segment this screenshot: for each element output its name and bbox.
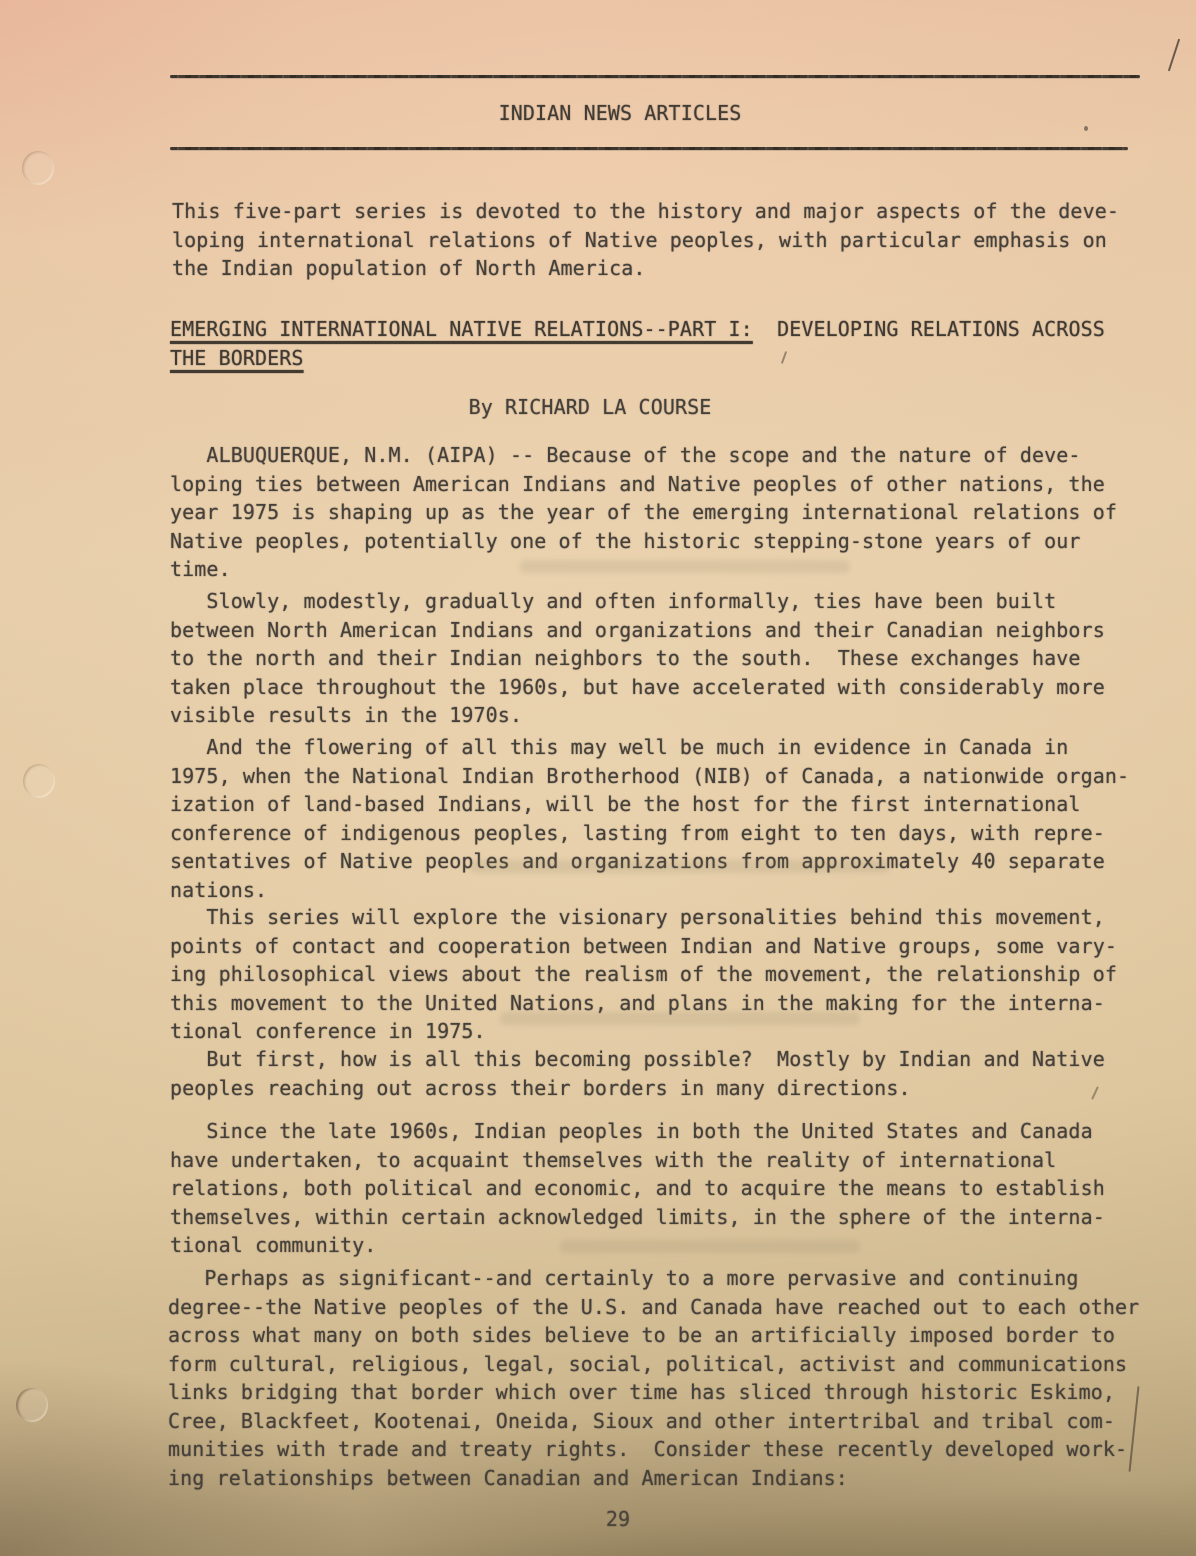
stray-hair-mark	[1168, 39, 1180, 72]
paragraph-5: But first, how is all this becoming poss…	[170, 1045, 1105, 1102]
page-number: 29	[20, 1505, 1196, 1534]
headline-second-line: THE BORDERS	[170, 346, 304, 370]
bleed-through-smudge	[560, 1240, 860, 1253]
hole-punch-mark	[16, 1388, 48, 1422]
paragraph-3: And the flowering of all this may well b…	[170, 733, 1129, 904]
hole-punch-mark	[22, 151, 54, 185]
series-intro-text: This five-part series is devoted to the …	[172, 197, 1119, 283]
stray-dot-mark	[1084, 126, 1088, 131]
bleed-through-smudge	[500, 1012, 860, 1025]
article-headline: EMERGING INTERNATIONAL NATIVE RELATIONS-…	[170, 315, 1105, 372]
scanned-document-page: INDIAN NEWS ARTICLES This five-part seri…	[0, 0, 1196, 1556]
byline: By RICHARD LA COURSE	[0, 393, 1188, 422]
paragraph-6: Since the late 1960s, Indian peoples in …	[170, 1117, 1105, 1260]
headline-rest-part: DEVELOPING RELATIONS ACROSS	[753, 317, 1105, 341]
paragraph-7: Perhaps as significant--and certainly to…	[168, 1264, 1139, 1492]
header-rule-bottom	[170, 147, 1128, 150]
hole-punch-mark	[23, 764, 55, 798]
headline-underlined-part: EMERGING INTERNATIONAL NATIVE RELATIONS-…	[170, 317, 753, 341]
header-rule-top	[170, 75, 1140, 78]
paragraph-2: Slowly, modestly, gradually and often in…	[170, 587, 1105, 730]
bleed-through-smudge	[470, 860, 890, 873]
page-header-title: INDIAN NEWS ARTICLES	[22, 99, 1196, 128]
bleed-through-smudge	[520, 560, 850, 573]
